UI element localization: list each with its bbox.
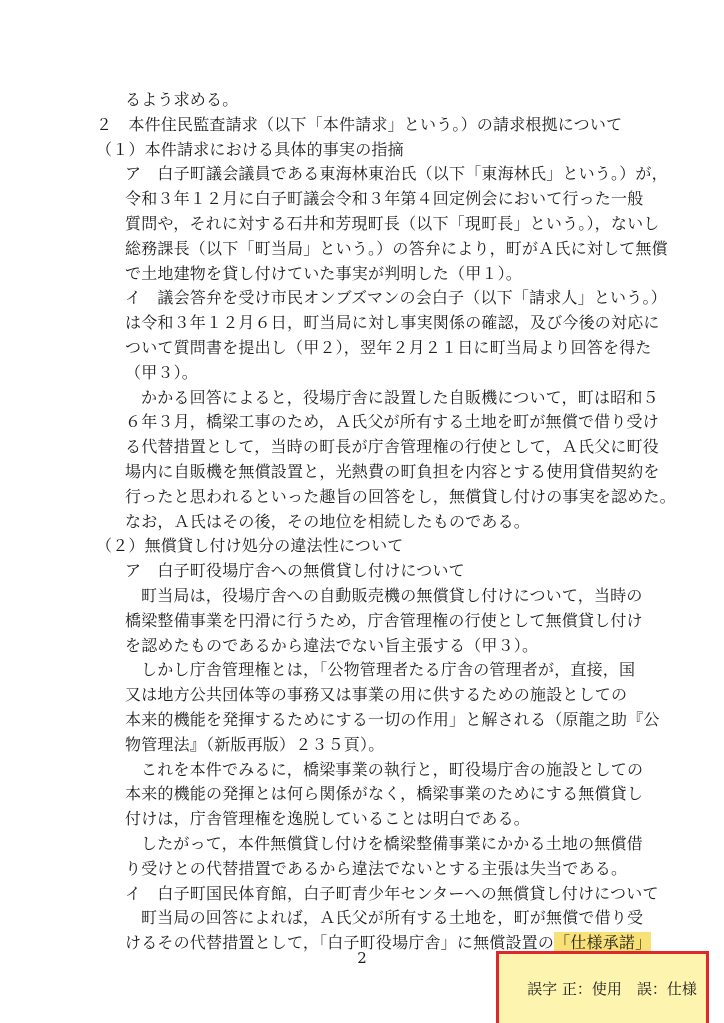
document-body: るよう求める。２ 本件住民監査請求（以下「本件請求」という。）の請求根拠について… — [0, 88, 724, 956]
text-segment: （２）無償貸し付け処分の違法性について — [96, 536, 403, 555]
text-line: る代替措置として，当時の町長が庁舎管理権の行使として，Ａ氏父に町役 — [0, 435, 724, 460]
text-segment: 本来的機能の発揮とは何ら関係がなく，橋梁事業のためにする無償貸し — [125, 784, 643, 803]
text-segment: ア 白子町役場庁舎への無償貸し付けについて — [125, 561, 465, 580]
text-segment: しかし庁舎管理権とは，「公物管理者たる庁舎の管理者が，直接，国 — [141, 660, 635, 679]
text-segment: 橋梁整備事業を円滑に行うため，庁舎管理権の行使として無償貸し付け — [125, 611, 643, 630]
text-line: なお，Ａ氏はその後，その地位を相続したものである。 — [0, 510, 724, 535]
text-segment: 付けは，庁舎管理権を逸脱していることは明白である。 — [125, 809, 530, 828]
text-segment: 又は地方公共団体等の事務又は事業の用に供するための施設としての — [125, 685, 627, 704]
text-line: かかる回答によると，役場庁舎に設置した自販機について，町は昭和５ — [0, 386, 724, 411]
text-segment: なお，Ａ氏はその後，その地位を相続したものである。 — [125, 512, 530, 531]
text-line: 付けは，庁舎管理権を逸脱していることは明白である。 — [0, 807, 724, 832]
text-line: イ 議会答弁を受け市民オンブズマンの会白子（以下「請求人」という。） — [0, 286, 724, 311]
text-segment: 令和３年１２月に白子町議会令和３年第４回定例会において行った一般 — [125, 189, 643, 208]
text-segment: 行ったと思われるといった趣旨の回答をし，無償貸し付けの事実を認めた。 — [125, 487, 676, 506]
text-line: で土地建物を貸し付けていた事実が判明した（甲１）。 — [0, 262, 724, 287]
text-segment: 質問や，それに対する石井和芳現町長（以下「現町長」という。），ないし — [125, 214, 659, 233]
document-page: るよう求める。２ 本件住民監査請求（以下「本件請求」という。）の請求根拠について… — [0, 0, 724, 1023]
text-segment: を認めたものであるから違法でない旨主張する（甲３）。 — [125, 636, 538, 655]
text-line: 令和３年１２月に白子町議会令和３年第４回定例会において行った一般 — [0, 187, 724, 212]
text-line: ２ 本件住民監査請求（以下「本件請求」という。）の請求根拠について — [0, 113, 724, 138]
text-line: ア 白子町議会議員である東海林東治氏（以下「東海林氏」という。）が， — [0, 162, 724, 187]
text-line: 町当局は，役場庁舎への自動販売機の無償貸し付けについて，当時の — [0, 584, 724, 609]
text-segment: イ 白子町国民体育館，白子町青少年センターへの無償貸し付けについて — [125, 884, 659, 903]
text-segment: る代替措置として，当時の町長が庁舎管理権の行使として，Ａ氏父に町役 — [125, 437, 659, 456]
text-segment: （１）本件請求における具体的事実の指摘 — [96, 140, 404, 159]
text-line: 又は地方公共団体等の事務又は事業の用に供するための施設としての — [0, 683, 724, 708]
text-line: 橋梁整備事業を円滑に行うため，庁舎管理権の行使として無償貸し付け — [0, 609, 724, 634]
text-line: ア 白子町役場庁舎への無償貸し付けについて — [0, 559, 724, 584]
text-segment: は令和３年１２月６日，町当局に対し事実関係の確認，及び今後の対応に — [125, 313, 660, 332]
text-line: 総務課長（以下「町当局」という。）の答弁により，町がＡ氏に対して無償 — [0, 237, 724, 262]
correction-note-box: 誤字 正：使用 誤：仕様 — [496, 951, 709, 1023]
text-segment: り受けとの代替措置であるから違法でないとする主張は失当である。 — [125, 859, 627, 878]
text-segment: るよう求める。 — [125, 90, 238, 109]
text-segment: で土地建物を貸し付けていた事実が判明した（甲１）。 — [125, 264, 522, 283]
correction-note-text: 誤字 正：使用 誤：仕様 — [527, 980, 697, 998]
text-segment: 本来的機能を発揮するためにする一切の作用」と解される（原龍之助『公 — [125, 710, 660, 729]
text-line: したがって，本件無償貸し付けを橋梁整備事業にかかる土地の無償借 — [0, 832, 724, 857]
text-segment: ついて質問書を提出し（甲２），翌年２月２１日に町当局より回答を得た — [125, 338, 652, 357]
text-line: ついて質問書を提出し（甲２），翌年２月２１日に町当局より回答を得た — [0, 336, 724, 361]
text-line: （甲３）。 — [0, 361, 724, 386]
text-line: は令和３年１２月６日，町当局に対し事実関係の確認，及び今後の対応に — [0, 311, 724, 336]
text-line: るよう求める。 — [0, 88, 724, 113]
text-line: イ 白子町国民体育館，白子町青少年センターへの無償貸し付けについて — [0, 882, 724, 907]
text-line: り受けとの代替措置であるから違法でないとする主張は失当である。 — [0, 857, 724, 882]
text-line: ６年３月，橋梁工事のため，Ａ氏父が所有する土地を町が無償で借り受け — [0, 410, 724, 435]
text-line: 質問や，それに対する石井和芳現町長（以下「現町長」という。），ないし — [0, 212, 724, 237]
text-line: （１）本件請求における具体的事実の指摘 — [0, 138, 724, 163]
text-segment: 町当局の回答によれば，Ａ氏父が所有する土地を，町が無償で借り受 — [141, 908, 643, 927]
text-segment: 場内に自販機を無償設置と，光熱費の町負担を内容とする使用貸借契約を — [125, 462, 660, 481]
text-segment: 総務課長（以下「町当局」という。）の答弁により，町がＡ氏に対して無償 — [125, 239, 668, 258]
text-segment: ６年３月，橋梁工事のため，Ａ氏父が所有する土地を町が無償で借り受け — [125, 412, 659, 431]
text-line: 場内に自販機を無償設置と，光熱費の町負担を内容とする使用貸借契約を — [0, 460, 724, 485]
text-segment: ２ 本件住民監査請求（以下「本件請求」という。）の請求根拠について — [96, 115, 622, 134]
text-segment: かかる回答によると，役場庁舎に設置した自販機について，町は昭和５ — [141, 388, 659, 407]
text-line: これを本件でみるに，橋梁事業の執行と，町役場庁舎の施設としての — [0, 758, 724, 783]
text-line: 本来的機能の発揮とは何ら関係がなく，橋梁事業のためにする無償貸し — [0, 782, 724, 807]
text-segment: これを本件でみるに，橋梁事業の執行と，町役場庁舎の施設としての — [141, 760, 643, 779]
text-segment: したがって，本件無償貸し付けを橋梁整備事業にかかる土地の無償借 — [141, 834, 643, 853]
text-segment: 物管理法』（新版再版）２３５頁）。 — [125, 735, 384, 754]
text-line: （２）無償貸し付け処分の違法性について — [0, 534, 724, 559]
text-line: を認めたものであるから違法でない旨主張する（甲３）。 — [0, 634, 724, 659]
text-segment: （甲３）。 — [125, 363, 198, 382]
text-line: しかし庁舎管理権とは，「公物管理者たる庁舎の管理者が，直接，国 — [0, 658, 724, 683]
text-segment: イ 議会答弁を受け市民オンブズマンの会白子（以下「請求人」という。） — [125, 288, 667, 307]
text-line: 行ったと思われるといった趣旨の回答をし，無償貸し付けの事実を認めた。 — [0, 485, 724, 510]
text-line: 町当局の回答によれば，Ａ氏父が所有する土地を，町が無償で借り受 — [0, 906, 724, 931]
text-line: 本来的機能を発揮するためにする一切の作用」と解される（原龍之助『公 — [0, 708, 724, 733]
text-segment: ア 白子町議会議員である東海林東治氏（以下「東海林氏」という。）が， — [125, 164, 668, 183]
text-line: 物管理法』（新版再版）２３５頁）。 — [0, 733, 724, 758]
text-segment: 町当局は，役場庁舎への自動販売機の無償貸し付けについて，当時の — [141, 586, 643, 605]
